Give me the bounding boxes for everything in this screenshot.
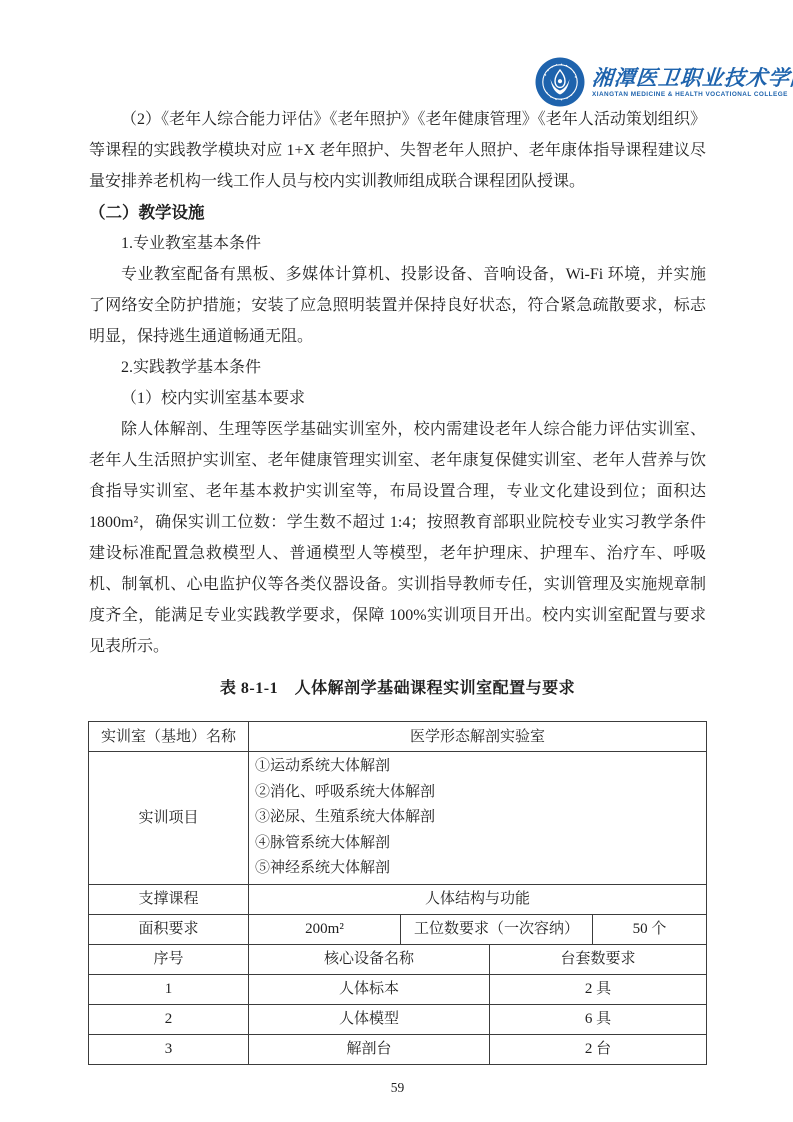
equipment-header-name: 核心设备名称 bbox=[249, 944, 490, 974]
page-number: 59 bbox=[89, 1072, 706, 1103]
room-name-value: 医学形态解剖实验室 bbox=[249, 722, 707, 752]
college-name-zh: 湘潭医卫职业技术学院 bbox=[591, 66, 793, 90]
support-course-label: 支撑课程 bbox=[89, 884, 249, 914]
document-body: （2）《老年人综合能力评估》《老年照护》《老年健康管理》《老年人活动策划组织》等… bbox=[89, 104, 706, 1103]
equipment-2-name: 人体模型 bbox=[249, 1004, 490, 1034]
table-row-equipment-header: 序号 核心设备名称 台套数要求 bbox=[89, 944, 707, 974]
stations-label: 工位数要求（一次容纳） bbox=[401, 914, 593, 944]
table-row-room-name: 实训室（基地）名称 医学形态解剖实验室 bbox=[89, 722, 707, 752]
area-value: 200m² bbox=[249, 914, 401, 944]
paragraph-classroom-detail: 专业教室配备有黑板、多媒体计算机、投影设备、音响设备，Wi-Fi 环境，并实施了… bbox=[89, 259, 706, 352]
section-heading-teaching-facilities: （二）教学设施 bbox=[89, 197, 706, 228]
project-item-4: ④脉管系统大体解剖 bbox=[255, 831, 700, 857]
college-emblem-icon bbox=[535, 57, 585, 107]
equipment-header-qty: 台套数要求 bbox=[490, 944, 707, 974]
paragraph-1: （2）《老年人综合能力评估》《老年照护》《老年健康管理》《老年人活动策划组织》等… bbox=[89, 104, 706, 197]
table-row-projects: 实训项目 ①运动系统大体解剖 ②消化、呼吸系统大体解剖 ③泌尿、生殖系统大体解剖… bbox=[89, 752, 707, 885]
equipment-1-name: 人体标本 bbox=[249, 974, 490, 1004]
stations-value: 50 个 bbox=[593, 914, 707, 944]
table-caption: 表 8-1-1 人体解剖学基础课程实训室配置与要求 bbox=[89, 673, 706, 704]
subheading-campus-training-room: （1）校内实训室基本要求 bbox=[89, 383, 706, 414]
training-room-requirements-table: 实训室（基地）名称 医学形态解剖实验室 实训项目 ①运动系统大体解剖 ②消化、呼… bbox=[88, 721, 707, 1065]
paragraph-training-room-detail: 除人体解剖、生理等医学基础实训室外，校内需建设老年人综合能力评估实训室、老年人生… bbox=[89, 414, 706, 662]
equipment-1-no: 1 bbox=[89, 974, 249, 1004]
equipment-3-no: 3 bbox=[89, 1034, 249, 1064]
support-course-value: 人体结构与功能 bbox=[249, 884, 707, 914]
equipment-2-qty: 6 具 bbox=[490, 1004, 707, 1034]
project-item-1: ①运动系统大体解剖 bbox=[255, 754, 700, 780]
subheading-practice-conditions: 2.实践教学基本条件 bbox=[89, 352, 706, 383]
table-row-equipment-2: 2 人体模型 6 具 bbox=[89, 1004, 707, 1034]
table-row-equipment-1: 1 人体标本 2 具 bbox=[89, 974, 707, 1004]
room-name-label: 实训室（基地）名称 bbox=[89, 722, 249, 752]
equipment-3-name: 解剖台 bbox=[249, 1034, 490, 1064]
table-row-support-course: 支撑课程 人体结构与功能 bbox=[89, 884, 707, 914]
projects-list: ①运动系统大体解剖 ②消化、呼吸系统大体解剖 ③泌尿、生殖系统大体解剖 ④脉管系… bbox=[249, 752, 707, 885]
table-row-equipment-3: 3 解剖台 2 台 bbox=[89, 1034, 707, 1064]
equipment-2-no: 2 bbox=[89, 1004, 249, 1034]
project-item-5: ⑤神经系统大体解剖 bbox=[255, 856, 700, 882]
table-row-area: 面积要求 200m² 工位数要求（一次容纳） 50 个 bbox=[89, 914, 707, 944]
equipment-3-qty: 2 台 bbox=[490, 1034, 707, 1064]
equipment-1-qty: 2 具 bbox=[490, 974, 707, 1004]
projects-label: 实训项目 bbox=[89, 752, 249, 885]
project-item-2: ②消化、呼吸系统大体解剖 bbox=[255, 780, 700, 806]
equipment-header-no: 序号 bbox=[89, 944, 249, 974]
college-logo: 湘潭医卫职业技术学院 XIANGTAN MEDICINE & HEALTH VO… bbox=[535, 56, 747, 108]
area-label: 面积要求 bbox=[89, 914, 249, 944]
document-page: 湘潭医卫职业技术学院 XIANGTAN MEDICINE & HEALTH VO… bbox=[0, 0, 793, 1122]
subheading-classroom-conditions: 1.专业教室基本条件 bbox=[89, 228, 706, 259]
college-name-en: XIANGTAN MEDICINE & HEALTH VOCATIONAL CO… bbox=[592, 90, 793, 99]
project-item-3: ③泌尿、生殖系统大体解剖 bbox=[255, 805, 700, 831]
